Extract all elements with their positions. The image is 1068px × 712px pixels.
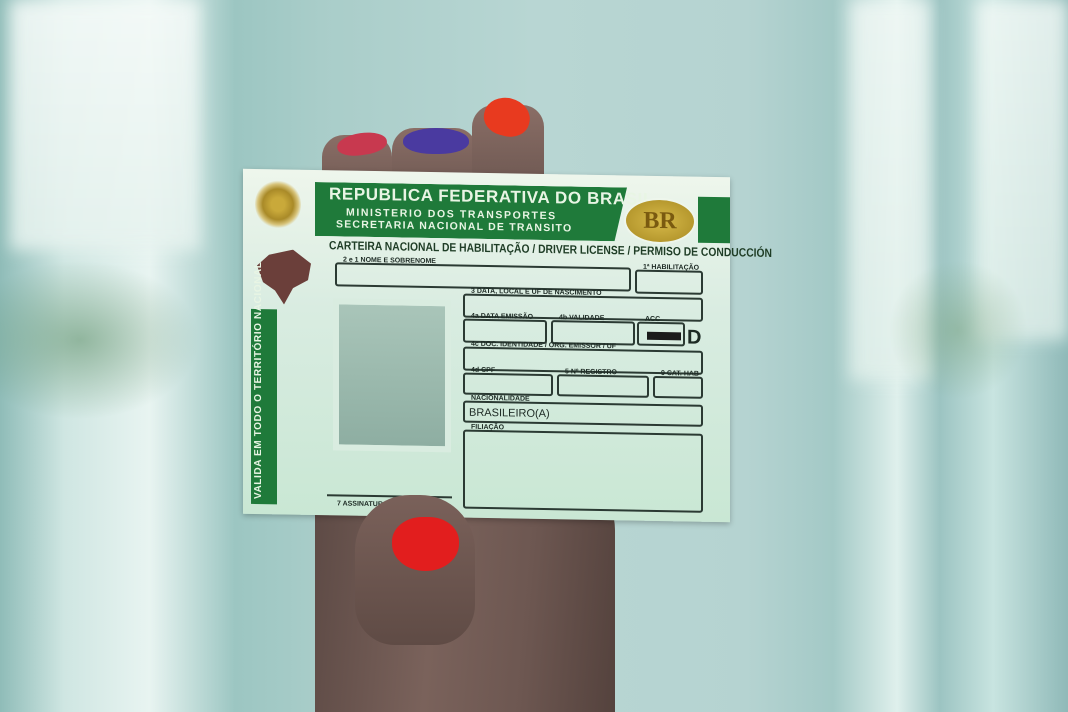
brazil-map-icon xyxy=(257,249,317,305)
field-parents: FILIAÇÃO xyxy=(463,430,703,513)
driver-license-card: REPUBLICA FEDERATIVA DO BRASIL MINISTERI… xyxy=(243,169,730,523)
field-label: 4b VALIDADE xyxy=(559,314,604,322)
header-band-right xyxy=(698,197,730,244)
field-label: 4d CPF xyxy=(471,367,495,374)
field-label: 4c DOC. IDENTIDADE / ÓRG. EMISSOR / UF xyxy=(471,341,616,351)
field-label: 5 Nº REGISTRO xyxy=(565,368,617,376)
field-label: 9 CAT. HAB xyxy=(661,370,699,378)
blurred-window-left xyxy=(10,0,200,250)
field-value: BRASILEIRO(A) xyxy=(469,407,550,420)
br-badge: BR xyxy=(624,197,696,244)
blurred-plant-right xyxy=(888,260,1028,400)
nail-purple xyxy=(403,128,469,154)
category-letter: D xyxy=(687,326,701,349)
field-label: ACC xyxy=(645,316,660,323)
field-label: NACIONALIDADE xyxy=(471,395,530,403)
field-first-license: 1ª HABILITAÇÃO xyxy=(635,270,703,295)
field-label: FILIAÇÃO xyxy=(471,424,504,432)
field-registration: 5 Nº REGISTRO xyxy=(557,374,649,398)
field-label: 2 e 1 NOME E SOBRENOME xyxy=(343,256,436,265)
field-label: 4a DATA EMISSÃO xyxy=(471,313,533,321)
field-acc: ACC xyxy=(637,322,685,347)
acc-redaction xyxy=(647,332,681,341)
nail-red-thumb xyxy=(392,517,459,571)
field-label: 3 DATA, LOCAL E UF DE NASCIMENTO xyxy=(471,288,602,297)
vertical-validity-text: VALIDA EM TODO O TERRITÓRIO NACIONAL xyxy=(253,261,264,499)
coat-of-arms-icon xyxy=(255,179,301,230)
photo-area xyxy=(333,298,451,452)
field-nationality: NACIONALIDADE BRASILEIRO(A) xyxy=(463,401,703,427)
field-category: 9 CAT. HAB xyxy=(653,376,703,399)
blurred-plant-left xyxy=(0,260,200,420)
field-cpf: 4d CPF xyxy=(463,373,553,397)
field-label: 1ª HABILITAÇÃO xyxy=(643,264,699,272)
